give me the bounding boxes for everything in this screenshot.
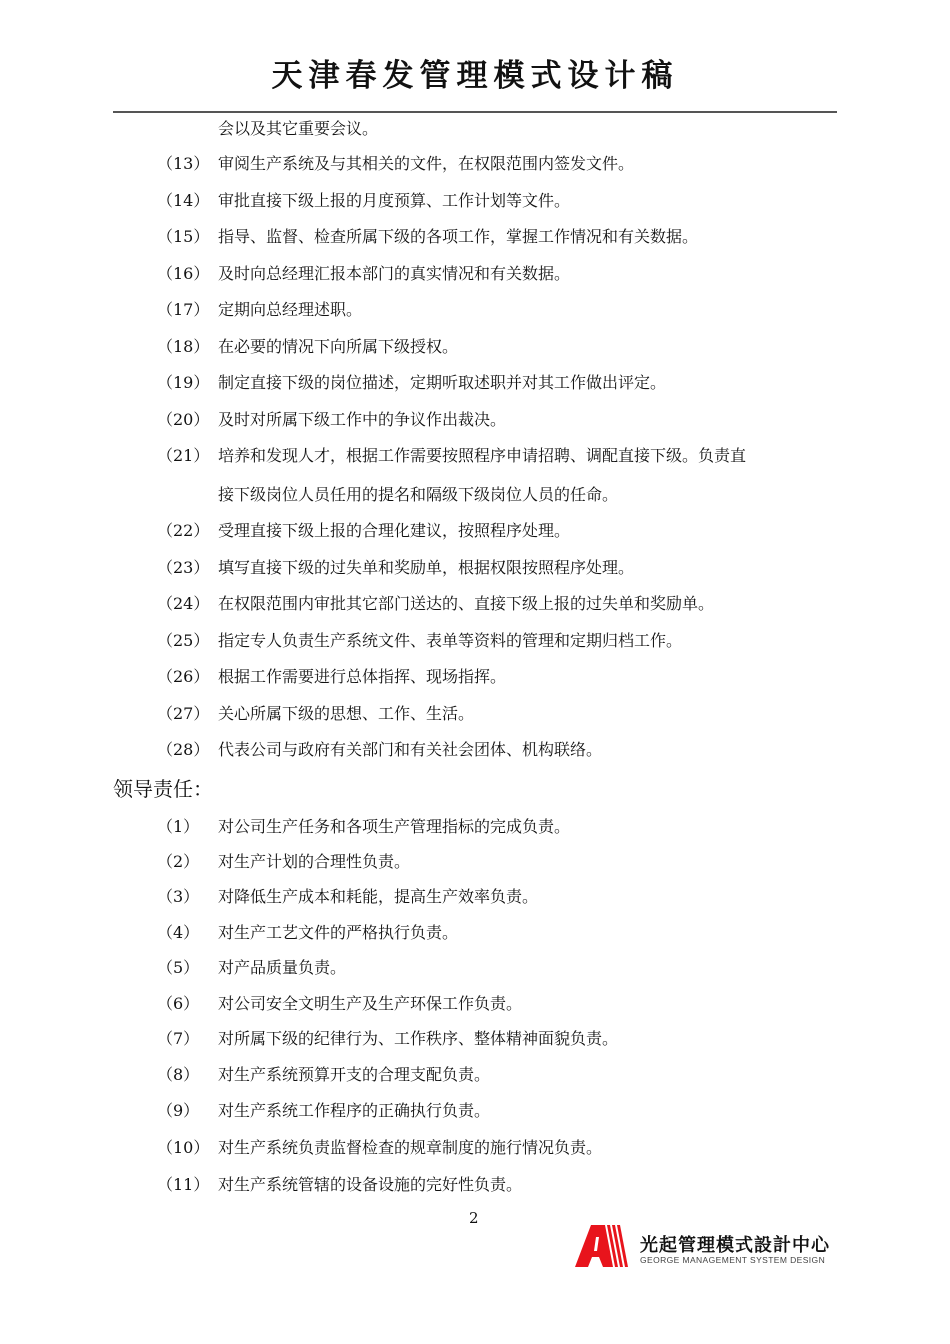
- responsibility-text: 对生产系统管辖的设备设施的完好性负责。: [218, 1173, 522, 1197]
- duty-text: 根据工作需要进行总体指挥、现场指挥。: [218, 665, 506, 689]
- duty-number: （26）: [157, 665, 209, 689]
- duty-number: （14）: [157, 189, 209, 213]
- duty-text: 填写直接下级的过失单和奖励单，根据权限按照程序处理。: [218, 556, 634, 580]
- duty-number: （23）: [157, 556, 209, 580]
- responsibility-text: 对降低生产成本和耗能，提高生产效率负责。: [218, 885, 538, 909]
- company-logo: 光起管理模式設計中心 GEORGE MANAGEMENT SYSTEM DESI…: [575, 1225, 840, 1270]
- duty-text: 代表公司与政府有关部门和有关社会团体、机构联络。: [218, 738, 602, 762]
- duty-text: 及时向总经理汇报本部门的真实情况和有关数据。: [218, 262, 570, 286]
- responsibility-text: 对公司生产任务和各项生产管理指标的完成负责。: [218, 815, 570, 839]
- responsibility-number: （8）: [157, 1063, 199, 1087]
- responsibility-text: 对所属下级的纪律行为、工作秩序、整体精神面貌负责。: [218, 1027, 618, 1051]
- duty-number: （18）: [157, 335, 209, 359]
- duty-number: （27）: [157, 702, 209, 726]
- responsibility-number: （9）: [157, 1099, 199, 1123]
- duty-number: （22）: [157, 519, 209, 543]
- responsibility-number: （10）: [157, 1136, 209, 1160]
- responsibility-text: 对产品质量负责。: [218, 956, 346, 980]
- duty-text: 培养和发现人才，根据工作需要按照程序申请招聘、调配直接下级。负责直: [218, 444, 746, 468]
- responsibility-number: （1）: [157, 815, 199, 839]
- duty-number: （25）: [157, 629, 209, 653]
- duty-number: （17）: [157, 298, 209, 322]
- responsibility-number: （7）: [157, 1027, 199, 1051]
- duty-number: （28）: [157, 738, 209, 762]
- responsibility-text: 对生产工艺文件的严格执行负责。: [218, 921, 458, 945]
- logo-chinese-name: 光起管理模式設計中心: [640, 1231, 830, 1257]
- duty-text: 在权限范围内审批其它部门送达的、直接下级上报的过失单和奖励单。: [218, 592, 714, 616]
- responsibility-number: （4）: [157, 921, 199, 945]
- responsibility-number: （5）: [157, 956, 199, 980]
- responsibility-text: 对生产系统负责监督检查的规章制度的施行情况负责。: [218, 1136, 602, 1160]
- duty-number: （19）: [157, 371, 209, 395]
- duty-text: 审阅生产系统及与其相关的文件，在权限范围内签发文件。: [218, 152, 634, 176]
- page-number: 2: [469, 1209, 479, 1227]
- duty-text: 受理直接下级上报的合理化建议，按照程序处理。: [218, 519, 570, 543]
- duty-text: 在必要的情况下向所属下级授权。: [218, 335, 458, 359]
- duty-number: （20）: [157, 408, 209, 432]
- duty-number: （15）: [157, 225, 209, 249]
- responsibility-text: 对公司安全文明生产及生产环保工作负责。: [218, 992, 522, 1016]
- continuation-text: 会以及其它重要会议。: [218, 117, 378, 141]
- duty-text: 指导、监督、检查所属下级的各项工作，掌握工作情况和有关数据。: [218, 225, 698, 249]
- responsibility-text: 对生产系统工作程序的正确执行负责。: [218, 1099, 490, 1123]
- logo-a-icon: [575, 1225, 633, 1267]
- responsibility-number: （11）: [157, 1173, 209, 1197]
- duty-text: 定期向总经理述职。: [218, 298, 362, 322]
- responsibility-number: （3）: [157, 885, 199, 909]
- responsibility-text: 对生产系统预算开支的合理支配负责。: [218, 1063, 490, 1087]
- duty-number: （21）: [157, 444, 209, 468]
- duty-text-continuation: 接下级岗位人员任用的提名和隔级下级岗位人员的任命。: [218, 483, 618, 507]
- section-heading-responsibilities: 领导责任：: [113, 775, 213, 803]
- header-divider: [113, 111, 837, 113]
- duty-number: （24）: [157, 592, 209, 616]
- duty-number: （16）: [157, 262, 209, 286]
- duty-number: （13）: [157, 152, 209, 176]
- page-title: 天津春发管理模式设计稿: [0, 50, 950, 95]
- duty-text: 及时对所属下级工作中的争议作出裁决。: [218, 408, 506, 432]
- responsibility-number: （2）: [157, 850, 199, 874]
- duty-text: 审批直接下级上报的月度预算、工作计划等文件。: [218, 189, 570, 213]
- duty-text: 制定直接下级的岗位描述，定期听取述职并对其工作做出评定。: [218, 371, 666, 395]
- responsibility-text: 对生产计划的合理性负责。: [218, 850, 410, 874]
- responsibility-number: （6）: [157, 992, 199, 1016]
- logo-english-name: GEORGE MANAGEMENT SYSTEM DESIGN: [640, 1255, 825, 1265]
- duty-text: 关心所属下级的思想、工作、生活。: [218, 702, 474, 726]
- duty-text: 指定专人负责生产系统文件、表单等资料的管理和定期归档工作。: [218, 629, 682, 653]
